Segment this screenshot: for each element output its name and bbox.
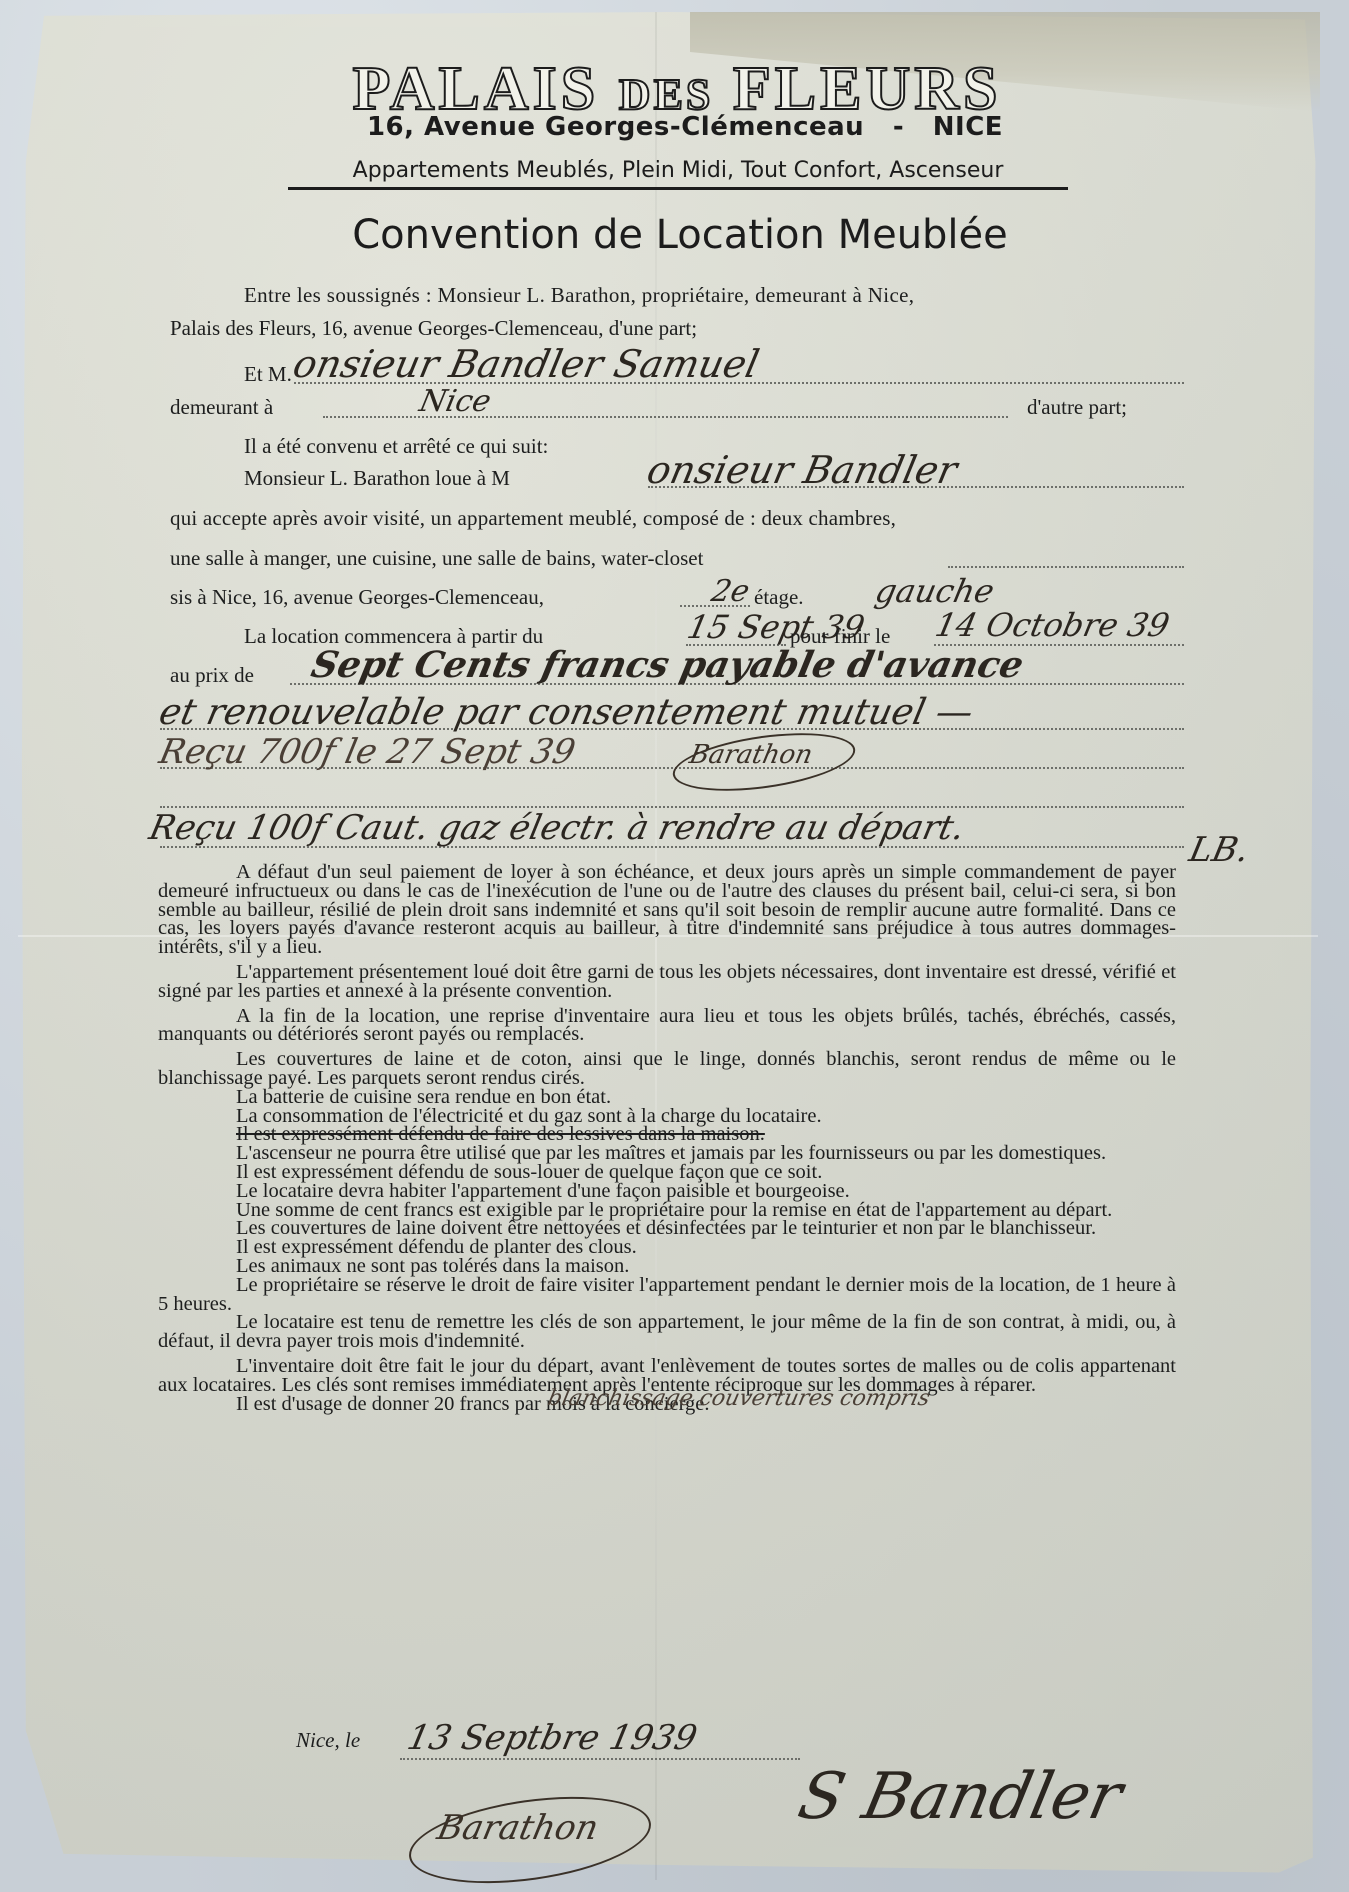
tenant-signature: S Bandler [792, 1760, 1128, 1834]
receipt-signature: Barathon [687, 740, 816, 770]
clause: Les animaux ne sont pas tolérés dans la … [158, 1257, 1176, 1276]
agreement-intro: Il a été convenu et arrêté ce qui suit: [244, 434, 548, 458]
composition-line-1: qui accepte après avoir visité, un appar… [170, 506, 1184, 530]
end-date-handwritten: 14 Octobre 39 [932, 606, 1173, 644]
loue-label: Monsieur L. Barathon loue à M [244, 466, 510, 490]
clause: Les couvertures de laine et de coton, ai… [158, 1050, 1176, 1088]
parties-line-2: Palais des Fleurs, 16, avenue Georges-Cl… [170, 316, 697, 340]
receipt-handwritten: Reçu 700f le 27 Sept 39 [156, 732, 579, 772]
tenant-city-handwritten: Nice [416, 384, 494, 419]
letterhead-tagline: Appartements Meublés, Plein Midi, Tout C… [288, 158, 1068, 190]
price-label: au prix de [170, 663, 254, 687]
signoff-date-handwritten: 13 Septbre 1939 [404, 1718, 701, 1758]
deposit-initials: LB. [1186, 830, 1253, 870]
composition-line-2: une salle à manger, une cuisine, une sal… [170, 546, 703, 570]
margin-note-handwritten: blanchissage couvertures compris [545, 1386, 932, 1411]
composition-field-line [948, 566, 1184, 568]
et-label: Et M. [244, 362, 292, 386]
clauses-section: A défaut d'un seul paiement de loyer à s… [158, 863, 1176, 1413]
clause: A défaut d'un seul paiement de loyer à s… [158, 863, 1176, 957]
clause: Il est expressément défendu de sous-loue… [158, 1163, 1176, 1182]
loue-handwritten: onsieur Bandler [643, 448, 961, 492]
side-handwritten: gauche [872, 572, 998, 610]
renewal-handwritten: et renouvelable par consentement mutuel … [156, 692, 977, 733]
price-handwritten: Sept Cents francs payable d'avance [308, 644, 1028, 686]
landlord-signature: Barathon [434, 1808, 602, 1848]
autre-part-label: d'autre part; [1027, 395, 1127, 419]
clause: Le locataire devra habiter l'appartement… [158, 1182, 1176, 1201]
clause: A la fin de la location, une reprise d'i… [158, 1007, 1176, 1045]
deposit-handwritten: Reçu 100f Caut. gaz électr. à rendre au … [146, 808, 968, 848]
clause: Le propriétaire se réserve le droit de f… [158, 1276, 1176, 1314]
signoff-place-label: Nice, le [296, 1728, 360, 1752]
letterhead-address: 16, Avenue Georges-Clémenceau - NICE [285, 112, 1085, 142]
demeurant-label: demeurant à [170, 395, 273, 419]
document-title: Convention de Location Meublée [285, 212, 1075, 258]
clause: La batterie de cuisine sera rendue en bo… [158, 1088, 1176, 1107]
signoff-date-field-line [400, 1758, 800, 1760]
floor-handwritten: 2e [708, 574, 752, 609]
parties-line-1: Entre les soussignés : Monsieur L. Barat… [244, 283, 1184, 307]
location-label: sis à Nice, 16, avenue Georges-Clemencea… [170, 585, 544, 609]
floor-label: étage. [754, 585, 804, 609]
clause: Le locataire est tenu de remettre les cl… [158, 1313, 1176, 1351]
clause: L'appartement présentement loué doit êtr… [158, 963, 1176, 1001]
tenant-name-handwritten: onsieur Bandler Samuel [289, 342, 763, 386]
